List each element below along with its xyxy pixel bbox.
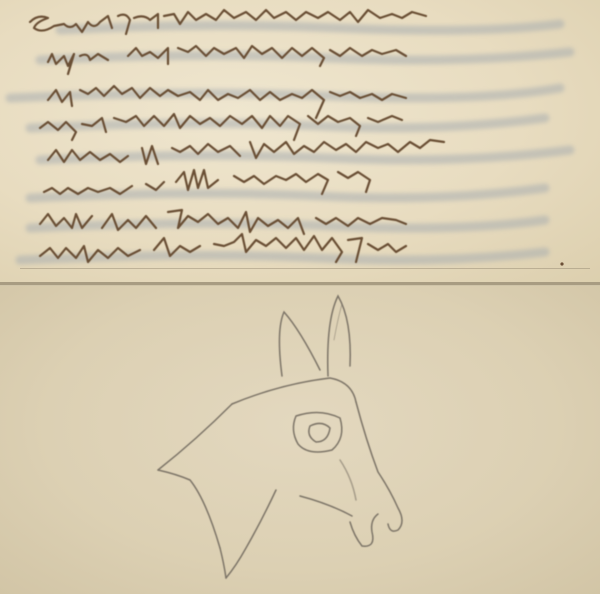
animal-head-sketch <box>0 286 600 594</box>
sketch-panel <box>0 286 600 594</box>
ruling-line <box>20 268 590 269</box>
script-panel <box>0 0 600 284</box>
manuscript-page <box>0 0 600 594</box>
script-lines <box>0 0 600 284</box>
